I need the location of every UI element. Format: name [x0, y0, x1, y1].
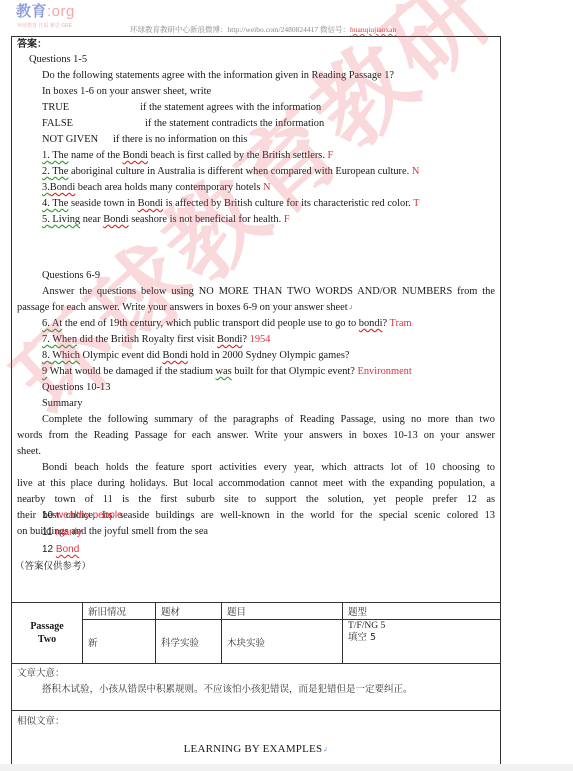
question-answer: Environment	[358, 366, 412, 377]
header-title: 题目	[222, 603, 343, 620]
option-desc: if the statement contradicts the informa…	[145, 116, 324, 132]
question-keyword: Bondi	[217, 334, 242, 345]
return-mark-icon: ↲	[322, 746, 328, 754]
section3-subheading: Summary	[42, 396, 82, 412]
option-key: TRUE	[42, 100, 69, 116]
summary-line: live at this place during holidays. But …	[17, 476, 495, 492]
header-status: 新旧情况	[83, 603, 156, 620]
question-lead-word: At	[50, 318, 62, 329]
section1-instruction-2: In boxes 1-6 on your answer sheet, write	[42, 84, 211, 100]
question-lead-word: Which	[50, 350, 80, 361]
gap-number: 10	[42, 510, 56, 521]
gap-number: 12	[42, 544, 56, 555]
gap-answer: 11 manly	[42, 525, 82, 541]
question-text: the end of 19th century, which public tr…	[62, 318, 359, 329]
similar-articles-box: 相似文章： LEARNING BY EXAMPLES↲	[12, 711, 500, 771]
summary-box: 文章大意： 搭积木试验，小孩从错误中积累规则。不应该怕小孩犯错误，而是犯错但是一…	[12, 663, 500, 711]
page-bottom-edge	[0, 764, 573, 771]
section3-instruction-3: sheet.	[17, 444, 41, 460]
question-lead-word: Living	[50, 214, 80, 225]
section2-instruction-2: passage for each answer. Write your answ…	[17, 300, 354, 316]
section3-instruction-2: words from the Reading Passage for each …	[17, 428, 495, 444]
question-item: 4. The seaside town in Bondi is affected…	[42, 196, 419, 212]
option-key: FALSE	[42, 116, 73, 132]
question-text: Olympic event did	[80, 350, 163, 361]
question-text: seaside town in	[68, 198, 137, 209]
logo-tagline: 环球教育 托福 雅思 GRE	[17, 22, 72, 29]
option-key: NOT GIVEN	[42, 132, 98, 148]
wechat-id: huanqiujiaoxan	[350, 25, 396, 34]
section3-heading: Questions 10-13	[42, 380, 110, 396]
question-keyword: Bondi	[123, 150, 148, 161]
question-number: 5.	[42, 214, 50, 225]
question-text: What would be damaged if the stadium	[47, 366, 215, 377]
section1-instruction: Do the following statements agree with t…	[42, 68, 394, 84]
question-text: did the British Royalty first visit	[77, 334, 217, 345]
question-number: 4.	[42, 198, 50, 209]
gap-answer-text: wealthy people	[56, 510, 123, 521]
similar-article-title[interactable]: LEARNING BY EXAMPLES↲	[12, 743, 500, 755]
question-text-rest: beach is first called by the British set…	[148, 150, 327, 161]
question-answer: 1954	[250, 334, 271, 345]
similar-label: 相似文章：	[17, 713, 65, 727]
question-item: 6. At the end of 19th century, which pub…	[42, 316, 412, 332]
summary-text: 搭积木试验，小孩从错误中积累规则。不应该怕小孩犯错误，而是犯错但是一定要纠正。	[42, 681, 413, 695]
question-keyword: bondi	[359, 318, 383, 329]
question-item: 2. The aboriginal culture in Australia i…	[42, 164, 419, 180]
question-text: near	[80, 214, 103, 225]
question-item: 8. Which Olympic event did Bondi hold in…	[42, 348, 349, 364]
disclaimer: （答案仅供参考）	[15, 559, 91, 575]
question-lead-word: When	[50, 334, 77, 345]
question-number: 8.	[42, 350, 50, 361]
section3-instruction: Complete the following summary of the pa…	[42, 412, 495, 428]
question-item: 5. Living near Bondi seashore is not ben…	[42, 212, 290, 228]
option-desc: if the statement agrees with the informa…	[140, 100, 321, 116]
question-answer: F	[328, 150, 334, 161]
gap-number: 11	[42, 527, 55, 538]
header-question-type: 题型	[343, 603, 501, 620]
page-header-info: 环球教育教研中心新浪微博：http://weibo.com/2480824417…	[130, 24, 396, 35]
value-title: 木块实验	[222, 620, 343, 664]
passage-info-table: PassageTwo 新旧情况 题材 题目 题型 新 科学实验 木块实验 T/F…	[11, 602, 501, 664]
gap-answer-text: manly	[55, 527, 82, 538]
answers-title: 答案：	[17, 37, 47, 53]
summary-line: nearby town of 11 is the first suburb si…	[17, 492, 495, 508]
wechat-label: 微信号：	[320, 25, 350, 34]
option-desc: if there is no information on this	[113, 132, 247, 148]
value-question-type: T/F/NG 5填空 5	[343, 620, 501, 664]
question-text-rest: ?	[242, 334, 249, 345]
value-topic: 科学实验	[156, 620, 222, 664]
header-topic: 题材	[156, 603, 222, 620]
return-mark-icon: ↲	[348, 304, 354, 312]
question-keyword: was	[216, 366, 232, 377]
question-item: 9 What would be damaged if the stadium w…	[42, 364, 412, 380]
answers-section: 答案： Questions 1-5 Do the following state…	[12, 37, 500, 602]
document-frame: 答案： Questions 1-5 Do the following state…	[11, 36, 501, 771]
question-number: 1.	[42, 150, 50, 161]
question-text-rest: is affected by British culture for its c…	[163, 198, 413, 209]
summary-line: Bondi beach holds the feature sport acti…	[42, 460, 495, 476]
section1-heading: Questions 1-5	[29, 52, 87, 68]
question-text-rest: seashore is not beneficial for health.	[129, 214, 284, 225]
question-number: 2.	[42, 166, 50, 177]
summary-label: 文章大意：	[17, 665, 65, 679]
question-item: 7. When did the British Royalty first vi…	[42, 332, 270, 348]
question-answer: F	[284, 214, 290, 225]
section2-instruction: Answer the questions below using NO MORE…	[42, 284, 495, 300]
question-keyword: Bondi	[103, 214, 128, 225]
question-item: 3.Bondi beach area holds many contempora…	[42, 180, 271, 196]
question-keyword: Bondi	[50, 182, 75, 193]
question-lead-word: The	[50, 198, 69, 209]
question-answer: N	[263, 182, 271, 193]
question-lead-word: The	[50, 166, 69, 177]
site-logo: 教育:org	[16, 0, 75, 21]
question-text: aboriginal culture in Australia is diffe…	[68, 166, 411, 177]
gap-answer-text: Bond	[56, 544, 79, 555]
weibo-link[interactable]: 环球教育教研中心新浪微博：http://weibo.com/2480824417	[130, 25, 318, 34]
question-lead-word: The	[50, 150, 69, 161]
gap-answer: 10 wealthy people	[42, 508, 123, 524]
question-answer: N	[412, 166, 420, 177]
section2-heading: Questions 6-9	[42, 268, 100, 284]
question-text: name of the	[68, 150, 122, 161]
question-text-rest: beach area holds many contemporary hotel…	[75, 182, 263, 193]
question-number: 3.	[42, 182, 50, 193]
question-answer: T	[413, 198, 419, 209]
question-number: 6.	[42, 318, 50, 329]
gap-answer: 12 Bond	[42, 542, 79, 558]
question-keyword: Bondi	[138, 198, 163, 209]
question-keyword: Bondi	[162, 350, 187, 361]
question-number: 7.	[42, 334, 50, 345]
question-answer: Tram	[389, 318, 411, 329]
question-text-rest: built for that Olympic event?	[232, 366, 358, 377]
value-status: 新	[83, 620, 156, 664]
question-text-rest: hold in 2000 Sydney Olympic games?	[188, 350, 350, 361]
question-item: 1. The name of the Bondi beach is first …	[42, 148, 333, 164]
passage-label: PassageTwo	[12, 603, 83, 664]
